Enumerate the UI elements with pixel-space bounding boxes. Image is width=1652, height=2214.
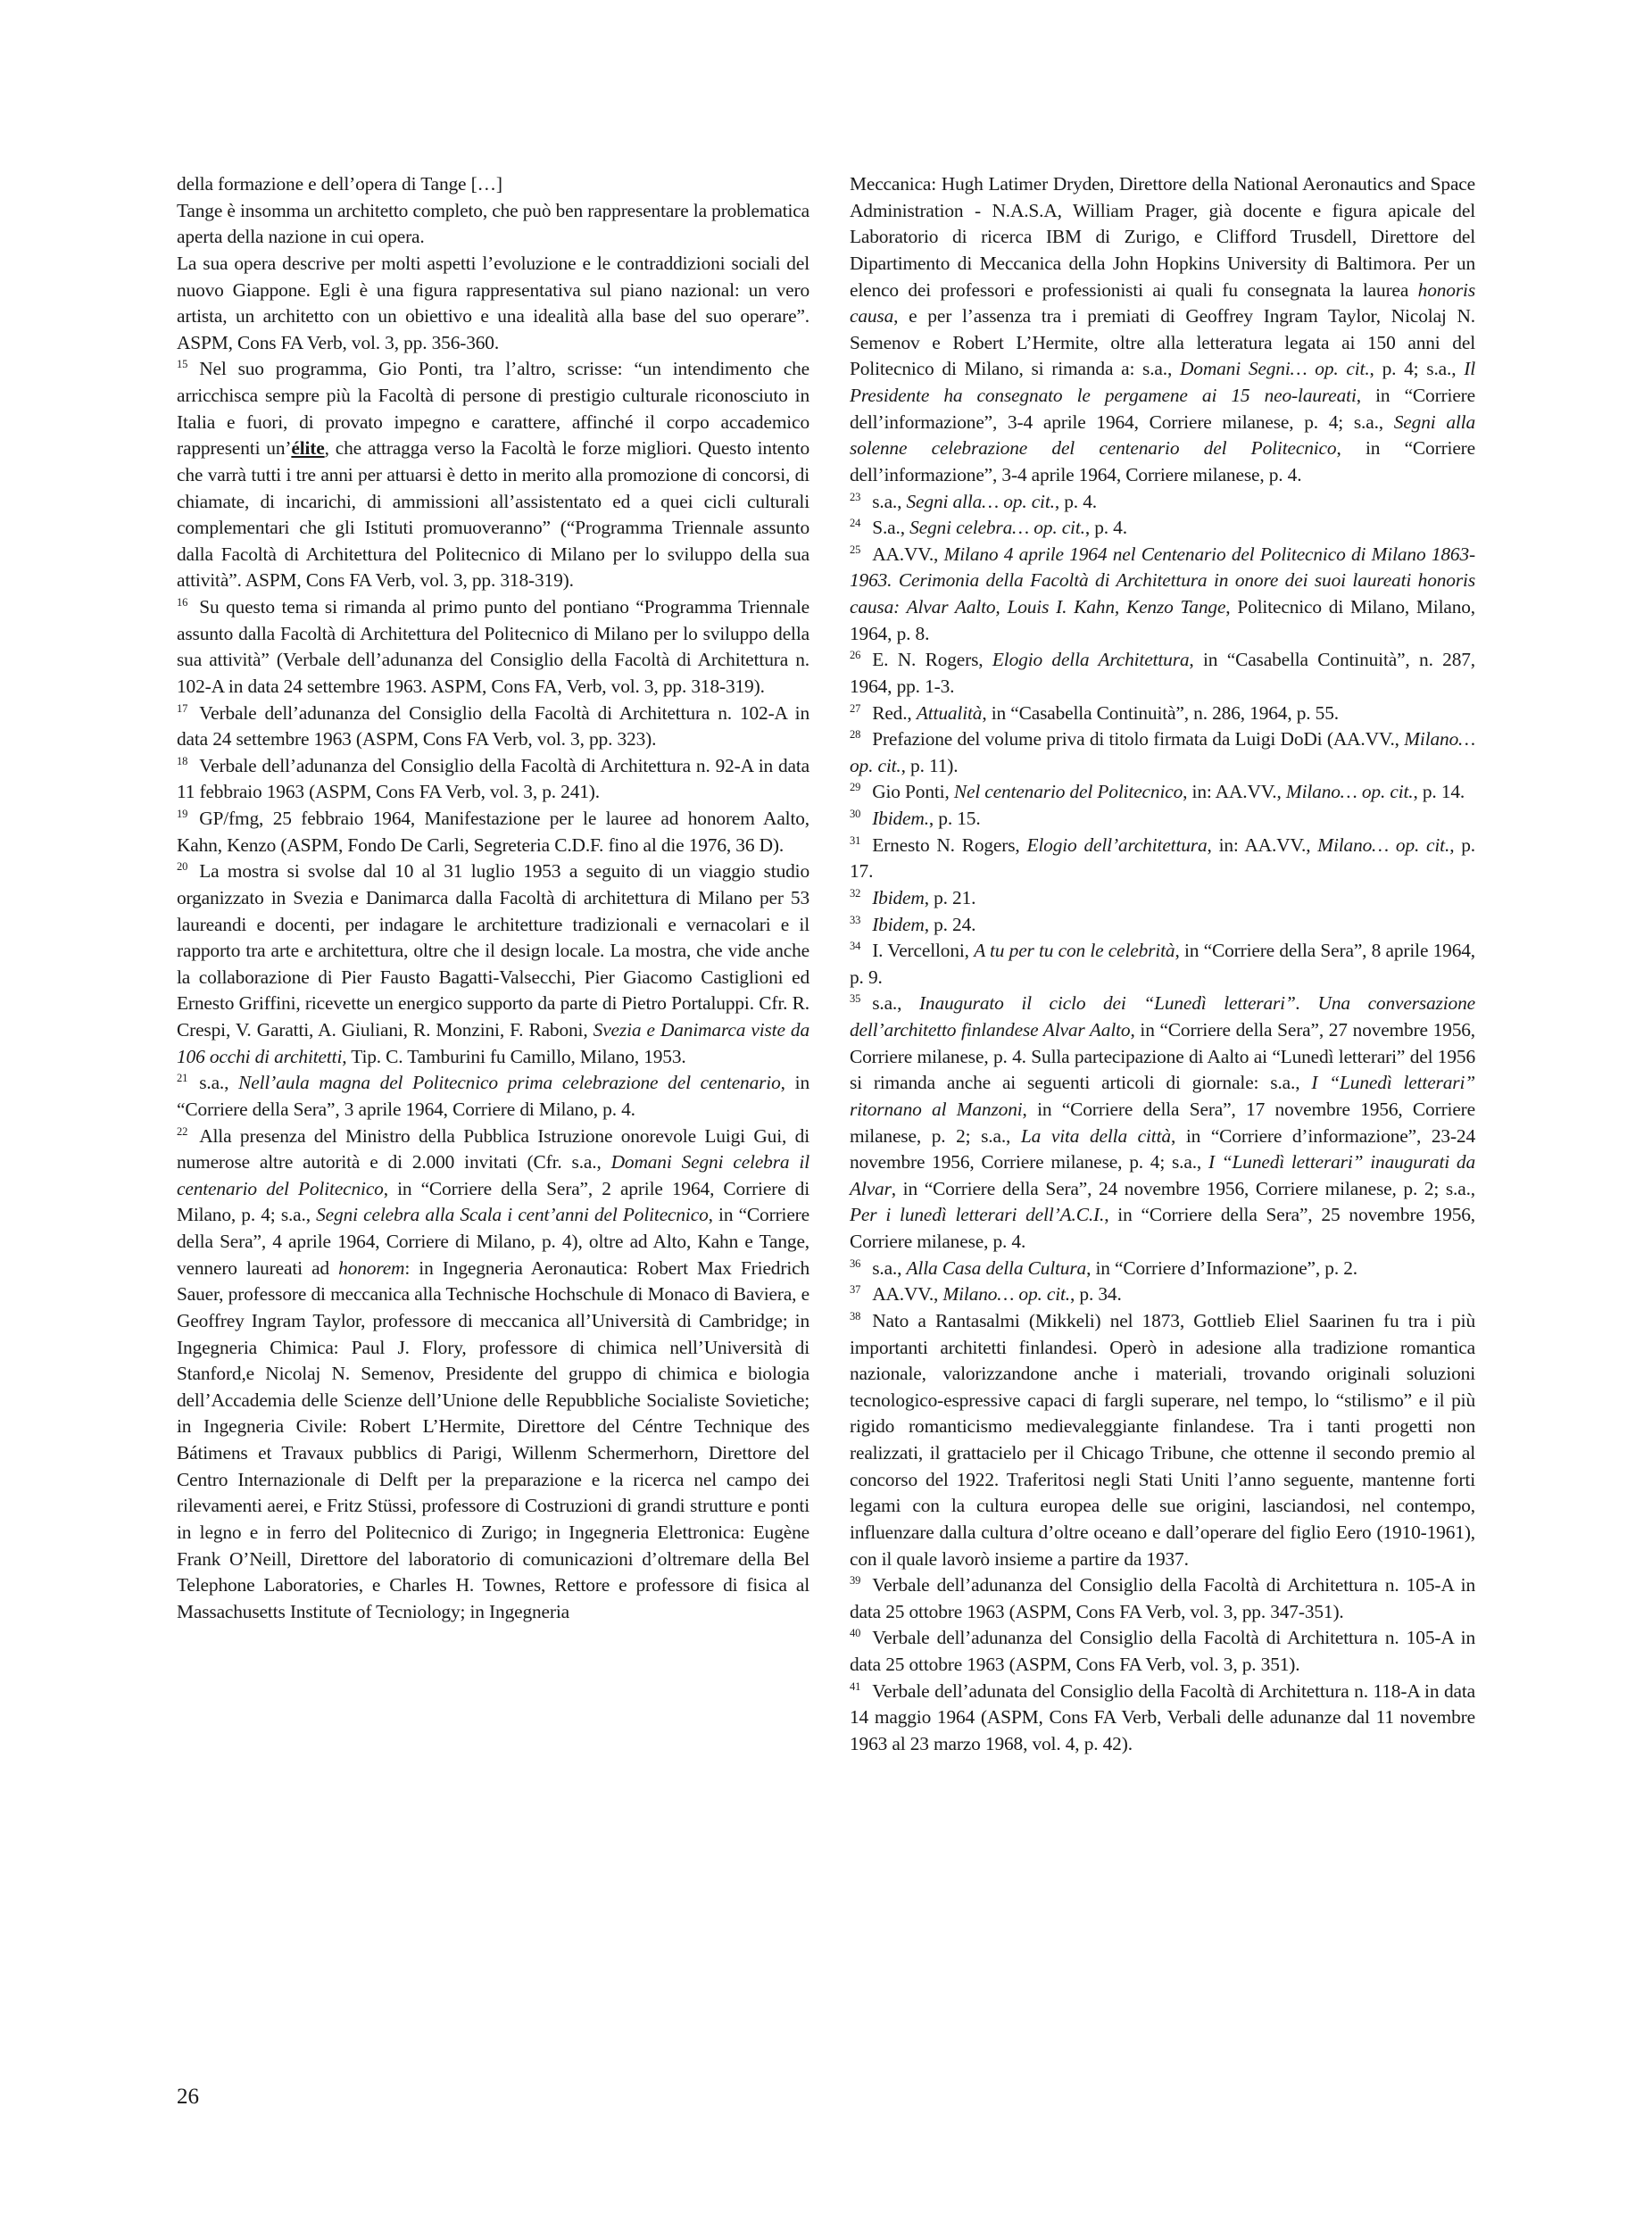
text-run: , in: AA.VV.,: [1183, 781, 1286, 802]
footnote-number: 31: [850, 834, 860, 847]
italic-title: Alla Casa della Cultura: [907, 1257, 1087, 1279]
footnote-number: 15: [177, 358, 187, 370]
right-column: Meccanica: Hugh Latimer Dryden, Direttor…: [850, 171, 1475, 1758]
footnote-37: 37AA.VV., Milano… op. cit., p. 34.: [850, 1281, 1475, 1308]
text-run: , in “Casabella Continuità”, n. 286, 196…: [982, 702, 1339, 724]
left-footnotes: 15Nel suo programma, Gio Ponti, tra l’al…: [177, 356, 809, 1625]
footnote-number: 18: [177, 755, 187, 767]
text-run: , che attragga verso la Facoltà le forze…: [177, 437, 809, 591]
text-run: AA.VV.,: [872, 1283, 942, 1305]
page-number: 26: [177, 2085, 199, 2110]
italic-title: Segni celebra… op. cit.: [909, 517, 1085, 538]
text-run: , in: AA.VV.,: [1208, 834, 1318, 856]
footnote-36: 36s.a., Alla Casa della Cultura, in “Cor…: [850, 1256, 1475, 1282]
footnote-33: 33Ibidem, p. 24.: [850, 912, 1475, 939]
footnote-number: 41: [850, 1680, 860, 1693]
footnote-number: 21: [177, 1072, 187, 1084]
footnote-30: 30Ibidem., p. 15.: [850, 806, 1475, 833]
italic-title: Milano… op. cit.: [1286, 781, 1414, 802]
text-run: s.a.,: [872, 992, 919, 1014]
text-run: Verbale dell’adunanza del Consiglio dell…: [850, 1574, 1475, 1622]
footnote-25: 25AA.VV., Milano 4 aprile 1964 nel Cente…: [850, 542, 1475, 648]
footnote-34: 34I. Vercelloni, A tu per tu con le cele…: [850, 938, 1475, 991]
footnote-number: 35: [850, 992, 860, 1005]
text-run: Verbale dell’adunata del Consiglio della…: [850, 1680, 1475, 1754]
footnote-27: 27Red., Attualità, in “Casabella Continu…: [850, 701, 1475, 727]
text-run: GP/fmg, 25 febbraio 1964, Manifestazione…: [177, 808, 809, 856]
italic-title: Domani Segni… op. cit.: [1180, 358, 1370, 379]
text-run: , in “Corriere della Sera”, 24 novembre …: [892, 1178, 1475, 1199]
text-run: Red.,: [872, 702, 917, 724]
text-run: , in “Corriere d’Informazione”, p. 2.: [1086, 1257, 1357, 1279]
footnote-number: 36: [850, 1257, 860, 1270]
footnote-number: 34: [850, 940, 860, 952]
footnote-15: 15Nel suo programma, Gio Ponti, tra l’al…: [177, 356, 809, 594]
text-run: AA.VV.,: [872, 543, 943, 565]
text-run: Verbale dell’adunanza del Consiglio dell…: [177, 702, 809, 750]
text-run: E. N. Rogers,: [872, 649, 992, 670]
footnote-continuation: Meccanica: Hugh Latimer Dryden, Direttor…: [850, 171, 1475, 489]
intro-paragraph: della formazione e dell’opera di Tange […: [177, 171, 809, 198]
footnote-32: 32Ibidem, p. 21.: [850, 885, 1475, 912]
text-run: Verbale dell’adunanza del Consiglio dell…: [177, 755, 809, 803]
text-run: , Tip. C. Tamburini fu Camillo, Milano, …: [342, 1046, 685, 1067]
text-run: Nato a Rantasalmi (Mikkeli) nel 1873, Go…: [850, 1310, 1475, 1570]
footnote-21: 21s.a., Nell’aula magna del Politecnico …: [177, 1070, 809, 1123]
text-run: s.a.,: [199, 1072, 238, 1093]
footnote-17: 17Verbale dell’adunanza del Consiglio de…: [177, 701, 809, 753]
text-run: , p. 15.: [929, 808, 981, 829]
text-run: Meccanica: Hugh Latimer Dryden, Direttor…: [850, 173, 1475, 301]
footnote-39: 39Verbale dell’adunanza del Consiglio de…: [850, 1572, 1475, 1625]
footnote-number: 24: [850, 517, 860, 529]
text-run: Prefazione del volume priva di titolo fi…: [872, 728, 1404, 750]
footnote-number: 37: [850, 1283, 860, 1296]
italic-title: La vita della città: [1021, 1125, 1171, 1147]
intro-paragraph: Tange è insomma un architetto completo, …: [177, 198, 809, 251]
footnote-number: 25: [850, 543, 860, 556]
italic-title: Ibidem: [872, 887, 925, 908]
footnote-number: 26: [850, 649, 860, 661]
footnote-number: 20: [177, 860, 187, 873]
text-run: La mostra si svolse dal 10 al 31 luglio …: [177, 860, 809, 1041]
text-run: , p. 4.: [1055, 491, 1097, 512]
italic-title: Segni alla… op. cit.: [907, 491, 1055, 512]
document-page: della formazione e dell’opera di Tange […: [0, 0, 1652, 2214]
italic-title: Milano… op. cit.: [942, 1283, 1070, 1305]
italic-title: Nel centenario del Politecnico: [954, 781, 1183, 802]
text-run: Su questo tema si rimanda al primo punto…: [177, 596, 809, 697]
footnote-number: 30: [850, 808, 860, 820]
italic-title: Elogio della Architettura: [992, 649, 1190, 670]
intro-paragraph: La sua opera descrive per molti aspetti …: [177, 251, 809, 357]
italic-title: Ibidem: [872, 914, 925, 935]
text-run: , p. 34.: [1070, 1283, 1122, 1305]
footnote-number: 19: [177, 808, 187, 820]
italic-title: A tu per tu con le celebrità: [974, 940, 1175, 961]
footnote-20: 20La mostra si svolse dal 10 al 31 lugli…: [177, 858, 809, 1070]
footnote-number: 40: [850, 1627, 860, 1639]
left-column: della formazione e dell’opera di Tange […: [177, 171, 809, 1625]
right-footnotes: 23s.a., Segni alla… op. cit., p. 4.24S.a…: [850, 489, 1475, 1758]
text-run: , p. 4.: [1085, 517, 1127, 538]
text-run: Ernesto N. Rogers,: [872, 834, 1026, 856]
text-run: s.a.,: [872, 1257, 906, 1279]
italic-title: Nell’aula magna del Politecnico prima ce…: [238, 1072, 781, 1093]
footnote-16: 16Su questo tema si rimanda al primo pun…: [177, 594, 809, 701]
footnote-number: 22: [177, 1125, 187, 1138]
footnote-number: 39: [850, 1574, 860, 1587]
footnote-40: 40Verbale dell’adunanza del Consiglio de…: [850, 1625, 1475, 1678]
text-run: s.a.,: [872, 491, 906, 512]
text-run: I. Vercelloni,: [872, 940, 974, 961]
footnote-18: 18Verbale dell’adunanza del Consiglio de…: [177, 753, 809, 806]
footnote-23: 23s.a., Segni alla… op. cit., p. 4.: [850, 489, 1475, 516]
footnote-26: 26E. N. Rogers, Elogio della Architettur…: [850, 647, 1475, 700]
italic-title: Milano… op. cit.: [1317, 834, 1449, 856]
footnote-29: 29Gio Ponti, Nel centenario del Politecn…: [850, 779, 1475, 806]
italic-title: honorem: [338, 1257, 404, 1279]
italic-title: Ibidem.: [872, 808, 929, 829]
text-run: , p. 24.: [925, 914, 976, 935]
footnote-number: 16: [177, 596, 187, 609]
footnote-31: 31Ernesto N. Rogers, Elogio dell’archite…: [850, 833, 1475, 885]
footnote-number: 38: [850, 1310, 860, 1323]
text-run: S.a.,: [872, 517, 909, 538]
text-run: , p. 21.: [925, 887, 976, 908]
footnote-28: 28Prefazione del volume priva di titolo …: [850, 726, 1475, 779]
footnote-number: 17: [177, 702, 187, 715]
footnote-number: 33: [850, 914, 860, 926]
footnote-38: 38Nato a Rantasalmi (Mikkeli) nel 1873, …: [850, 1308, 1475, 1572]
footnote-number: 29: [850, 781, 860, 793]
text-run: Verbale dell’adunanza del Consiglio dell…: [850, 1627, 1475, 1675]
footnote-41: 41Verbale dell’adunata del Consiglio del…: [850, 1679, 1475, 1758]
footnote-35: 35s.a., Inaugurato il ciclo dei “Lunedì …: [850, 991, 1475, 1255]
text-run: , p. 11).: [901, 755, 959, 776]
italic-title: Attualità: [917, 702, 983, 724]
text-run: , p. 4; s.a.,: [1370, 358, 1465, 379]
footnote-19: 19GP/fmg, 25 febbraio 1964, Manifestazio…: [177, 806, 809, 858]
italic-title: Elogio dell’architettura: [1026, 834, 1207, 856]
italic-title: Per i lunedì letterari dell’A.C.I.: [850, 1204, 1104, 1225]
text-run: , p. 14.: [1413, 781, 1465, 802]
emphasis-text: élite: [291, 437, 324, 459]
text-run: Gio Ponti,: [872, 781, 954, 802]
footnote-number: 23: [850, 491, 860, 503]
footnote-number: 28: [850, 728, 860, 741]
text-run: : in Ingegneria Aeronautica: Robert Max …: [177, 1257, 809, 1622]
italic-title: Segni celebra alla Scala i cent’anni del…: [316, 1204, 708, 1225]
footnote-24: 24S.a., Segni celebra… op. cit., p. 4.: [850, 515, 1475, 542]
footnote-22: 22Alla presenza del Ministro della Pubbl…: [177, 1124, 809, 1626]
footnote-number: 27: [850, 702, 860, 715]
footnote-number: 32: [850, 887, 860, 900]
